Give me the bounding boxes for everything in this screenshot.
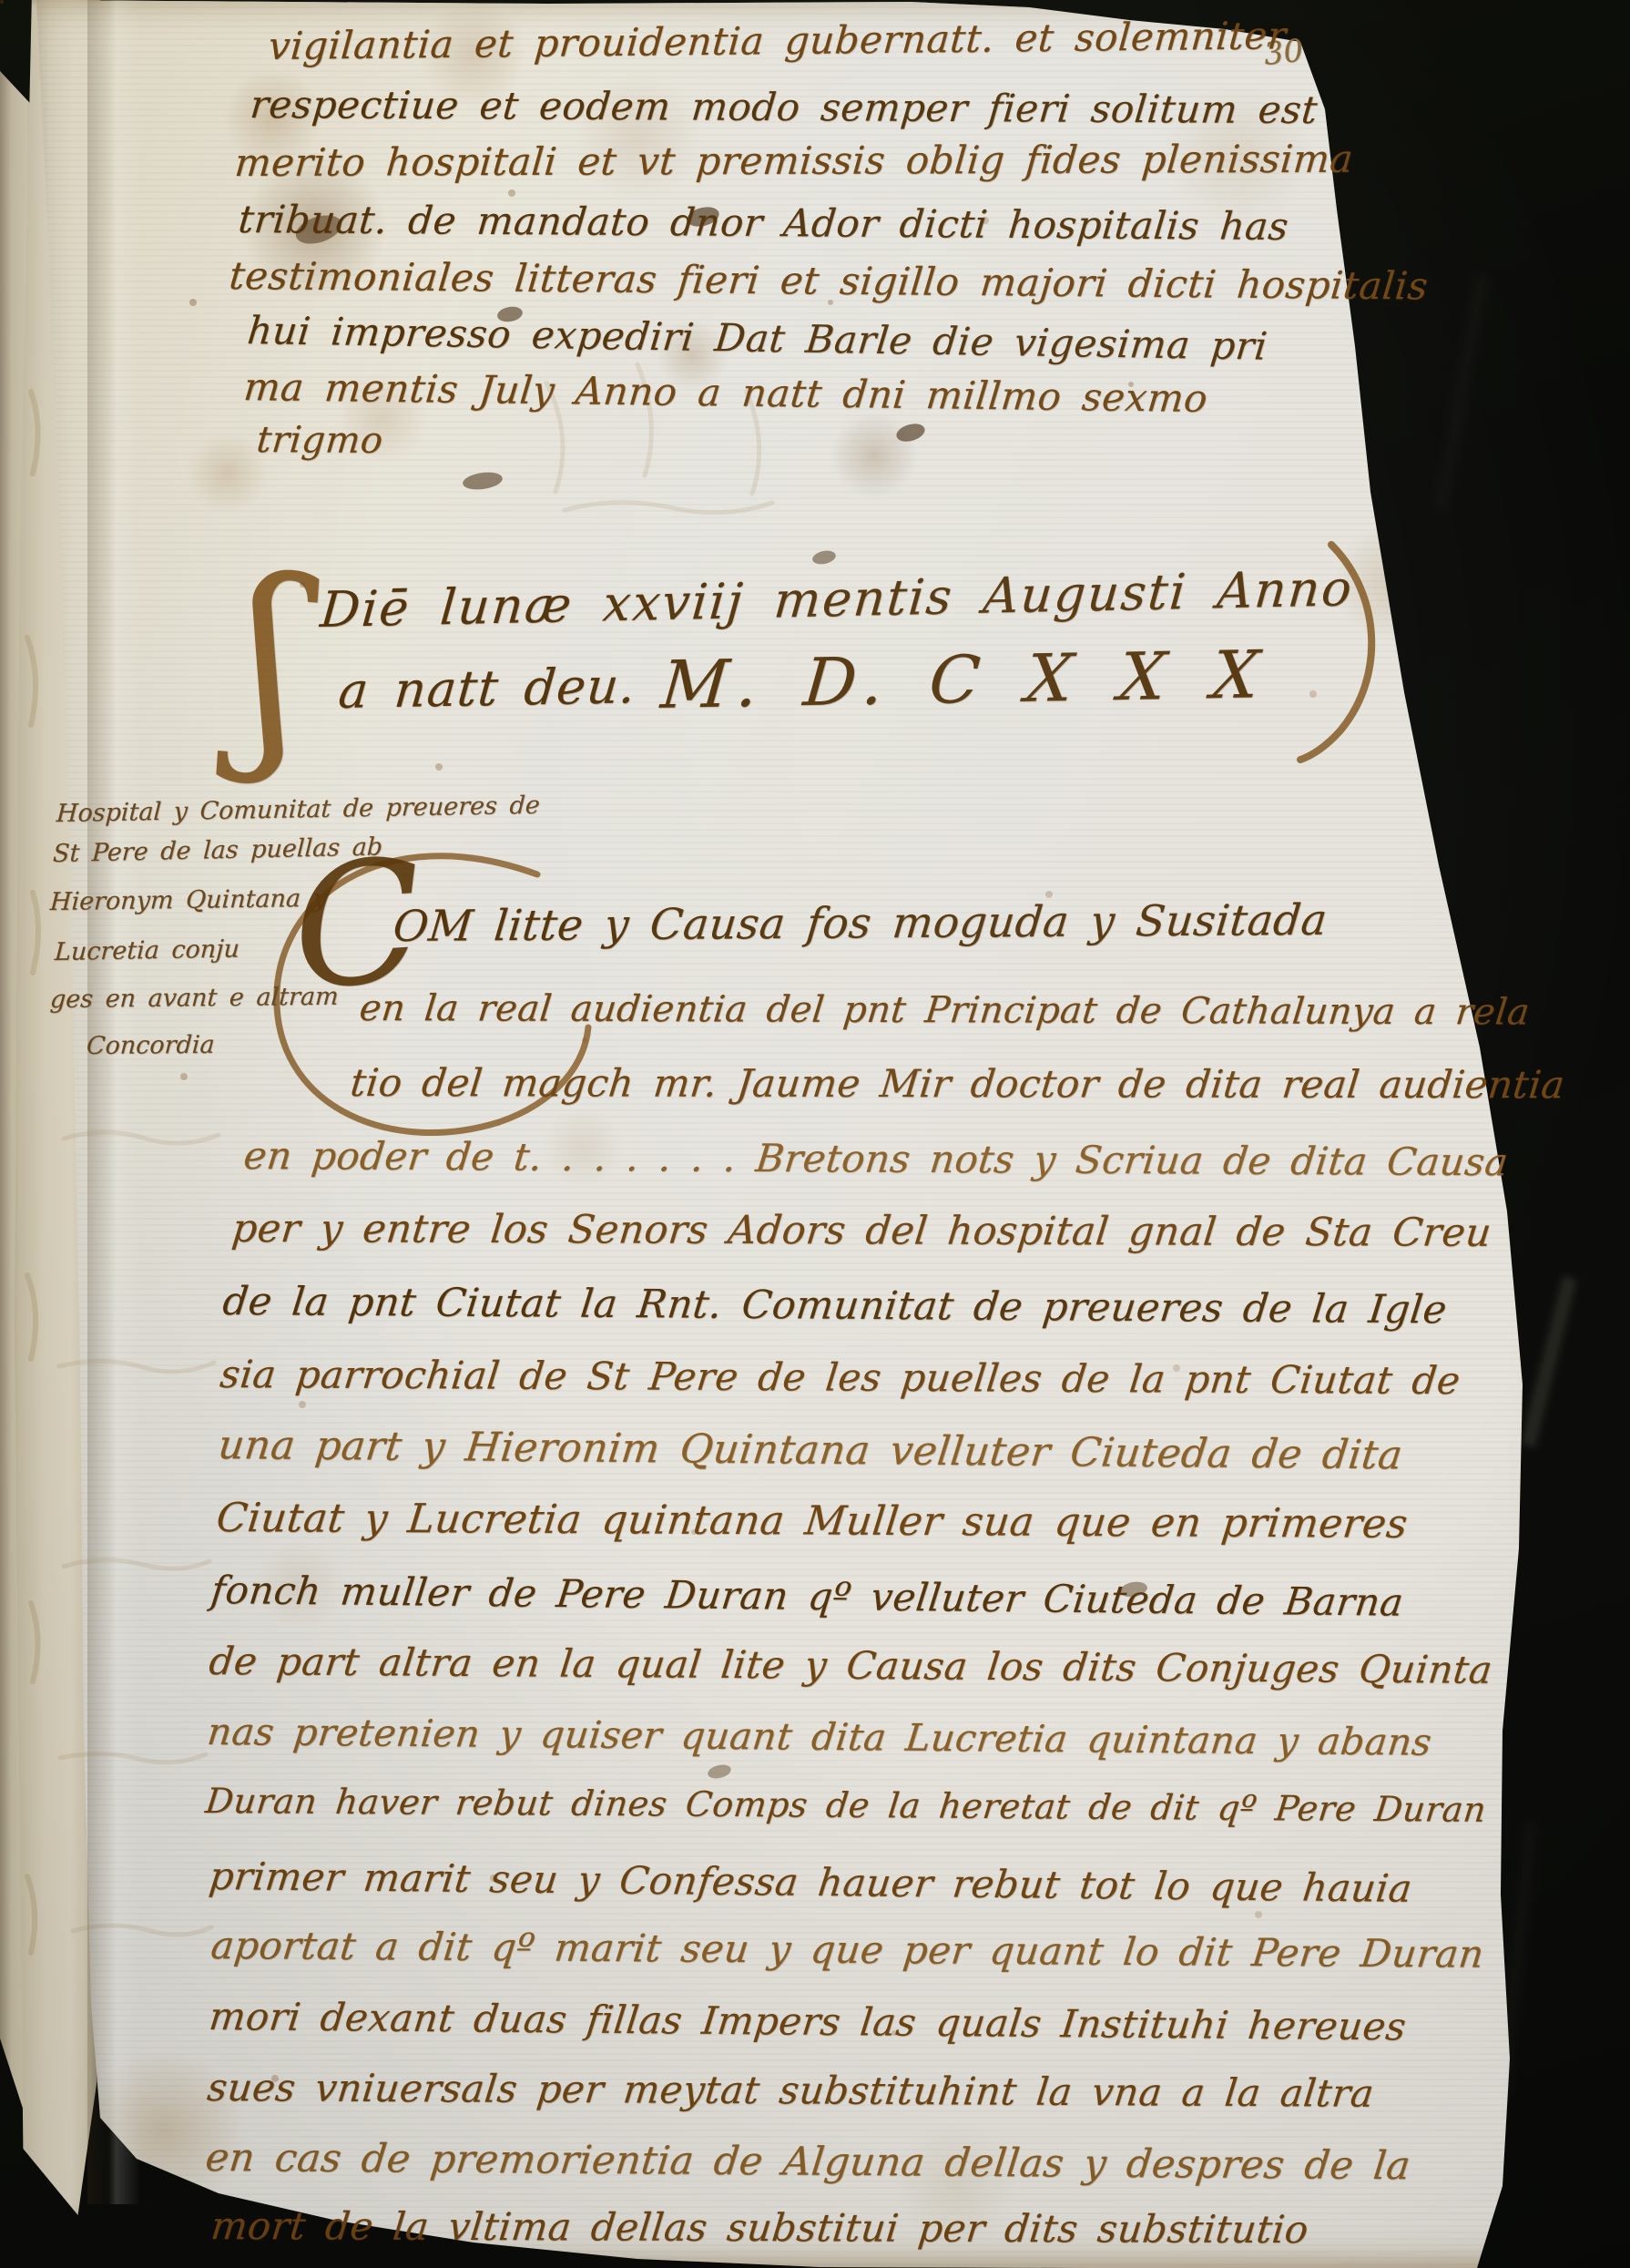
manuscript-line: aportat a dit qº marit seu y que per qua… (209, 1923, 1486, 1977)
manuscript-line: respectiue et eodem modo semper fieri so… (249, 82, 1319, 132)
margin-note-line: ges en avant e altram (49, 983, 339, 1014)
manuscript-line: en poder de t. . . . . . . Bretons nots … (241, 1133, 1511, 1184)
ink-speckles (0, 0, 4, 4)
manuscript-photo: 30 vigilantia et prouidentia gubernatt. … (0, 0, 1630, 2268)
manuscript-line: sia parrochial de St Pere de les puelles… (218, 1352, 1462, 1403)
manuscript-line: tio del magch mr. Jaume Mir doctor de di… (348, 1060, 1566, 1107)
manuscript-line: trigmo (255, 419, 385, 462)
background-streak (1521, 1276, 1576, 1447)
heading-roman-numeral: M. D. C X X X (658, 636, 1270, 723)
manuscript-line: merito hospitali et vt premissis oblig f… (233, 137, 1355, 185)
manuscript-line: mort de la vltima dellas substitui per d… (209, 2203, 1310, 2252)
manuscript-line: Ciutat y Lucretia quintana Muller sua qu… (214, 1495, 1410, 1548)
background-streak (1437, 274, 1487, 509)
manuscript-line: en la real audientia del pnt Principat d… (358, 987, 1533, 1033)
manuscript-line: OM litte y Causa fos moguda y Susitada (391, 895, 1329, 952)
manuscript-line: de part altra en la qual lite y Causa lo… (207, 1639, 1494, 1692)
manuscript-line: sues vniuersals per meytat substituhint … (205, 2065, 1376, 2116)
heading-year-prefix: a natt deu. (336, 657, 638, 720)
manuscript-line: de la pnt Ciutat la Rnt. Comunitat de pr… (220, 1279, 1449, 1333)
margin-note-line: Lucretia conju (54, 935, 240, 966)
manuscript-line: per y entre los Senors Adors del hospita… (229, 1206, 1493, 1256)
margin-note-line: Concordia (86, 1031, 216, 1060)
margin-note-line: Hieronym Quintana y (49, 884, 328, 916)
manuscript-line: en cas de premorientia de Alguna dellas … (203, 2135, 1412, 2189)
manuscript-line: tribuat. de mandato dnor Ador dicti hosp… (237, 197, 1291, 249)
heading-year-line: a natt deu. M. D. C X X X (335, 636, 1270, 729)
